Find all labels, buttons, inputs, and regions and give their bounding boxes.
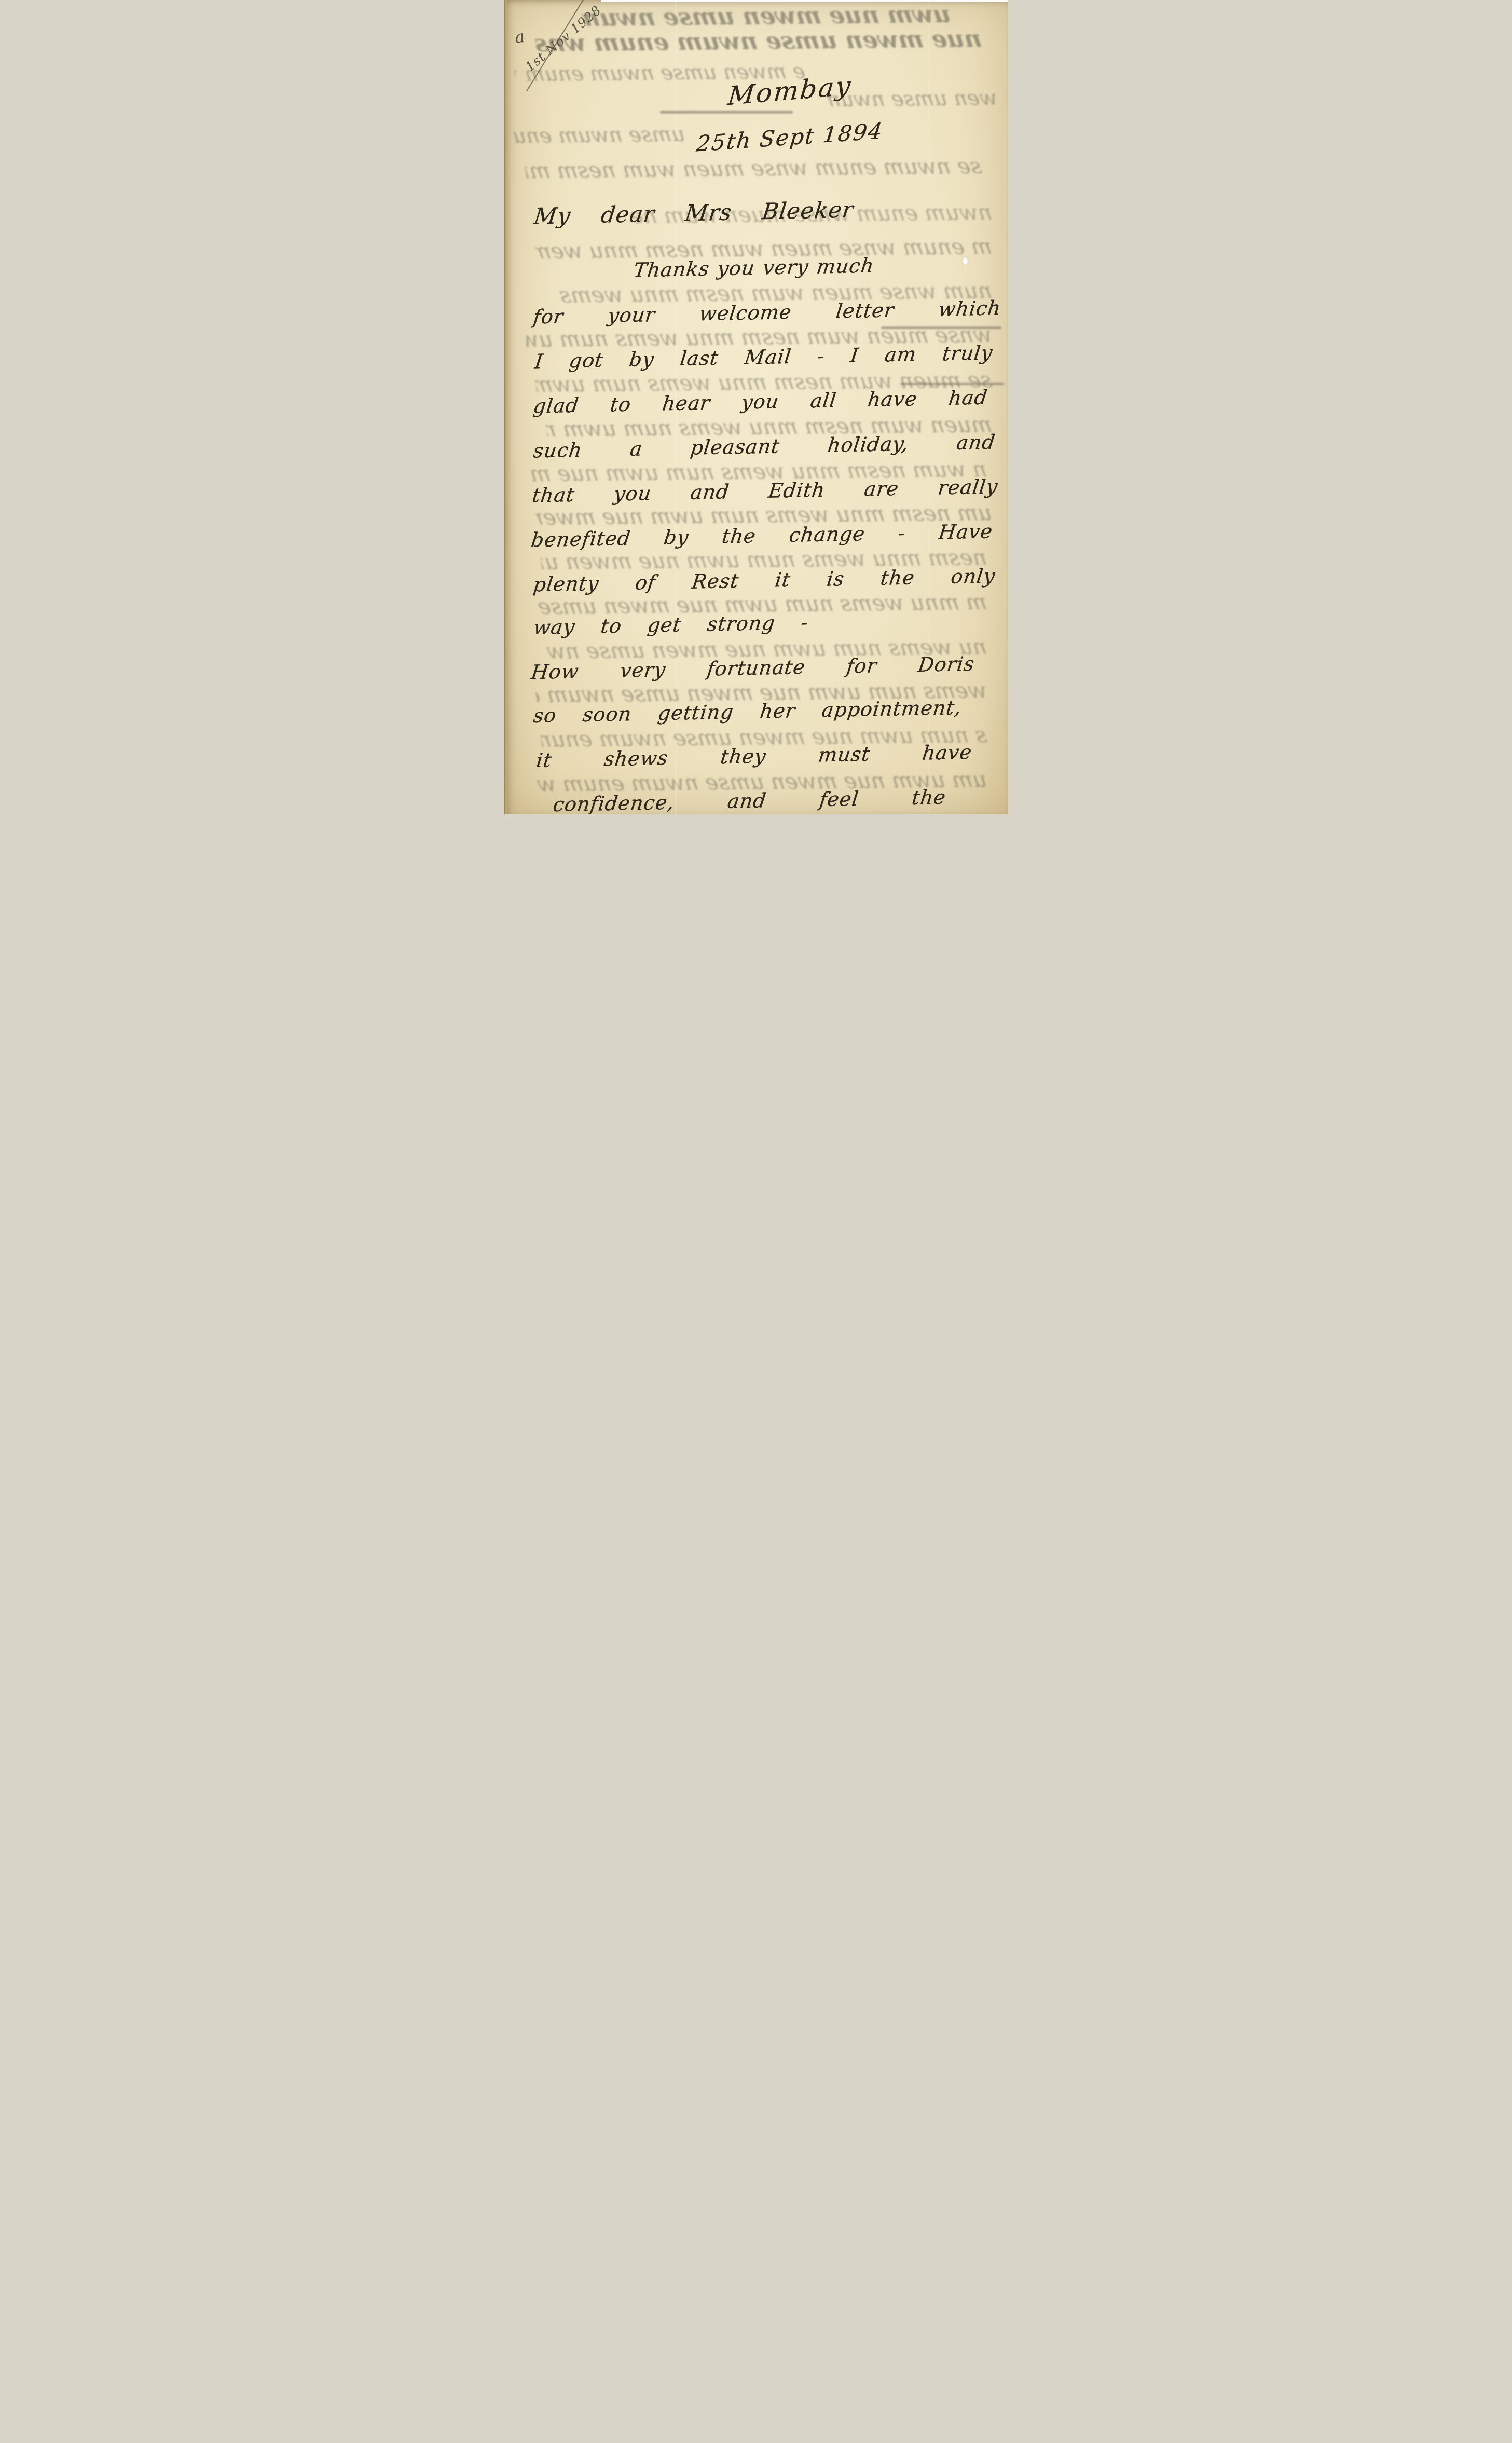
bleed-through-underline xyxy=(900,383,1004,385)
bleed-through-text: umse nwum enum wnse muen xyxy=(512,122,686,148)
letter-line: I got by last Mail - I am truly xyxy=(533,343,994,372)
letter-line: confidence, and feel the xyxy=(552,787,947,814)
letter-line: plenty of Rest it is the only xyxy=(532,566,996,594)
pencil-diagonal-line xyxy=(526,0,583,92)
letter-line: it shews they must have xyxy=(535,742,973,770)
letter-line: Thanks you very much xyxy=(633,256,875,280)
bleed-through-text: se nwum enum wnse muen wum nesm mnu wems… xyxy=(523,153,983,183)
letter-line: How very fortunate for Doris xyxy=(530,654,975,682)
bleed-through-underline xyxy=(881,326,1001,329)
letter-line: benefited by the change - Have xyxy=(530,521,994,550)
paper-damage-spot xyxy=(963,257,968,265)
letter-line: glad to hear you all have had xyxy=(532,388,988,416)
bleed-through-text: nue mwen umse nwum enum wnse muen wum ne… xyxy=(533,24,983,57)
letter-heading-place: Mombay xyxy=(726,71,854,111)
letter-page: uwm nue mwen umse nwum enum wnse muen wu… xyxy=(504,0,1008,814)
letter-heading-date: 25th Sept 1894 xyxy=(695,118,884,157)
pencil-annotation-date: 1st Nov 1928 xyxy=(522,3,604,75)
letter-line: for your welcome letter which xyxy=(532,298,1002,326)
letter-line: so soon getting her appointment, xyxy=(532,698,963,726)
bleed-through-text: uwm nue mwen umse nwum enum wnse muen wu… xyxy=(580,0,952,32)
pencil-annotation-letter: a xyxy=(513,26,526,48)
letter-line: such a pleasant holiday, and xyxy=(532,432,996,460)
letter-salutation: My dear Mrs Bleeker xyxy=(532,197,855,230)
scan-edge xyxy=(601,0,1008,2)
letter-line: way to get strong - xyxy=(532,612,809,637)
paper-edge xyxy=(504,0,507,814)
